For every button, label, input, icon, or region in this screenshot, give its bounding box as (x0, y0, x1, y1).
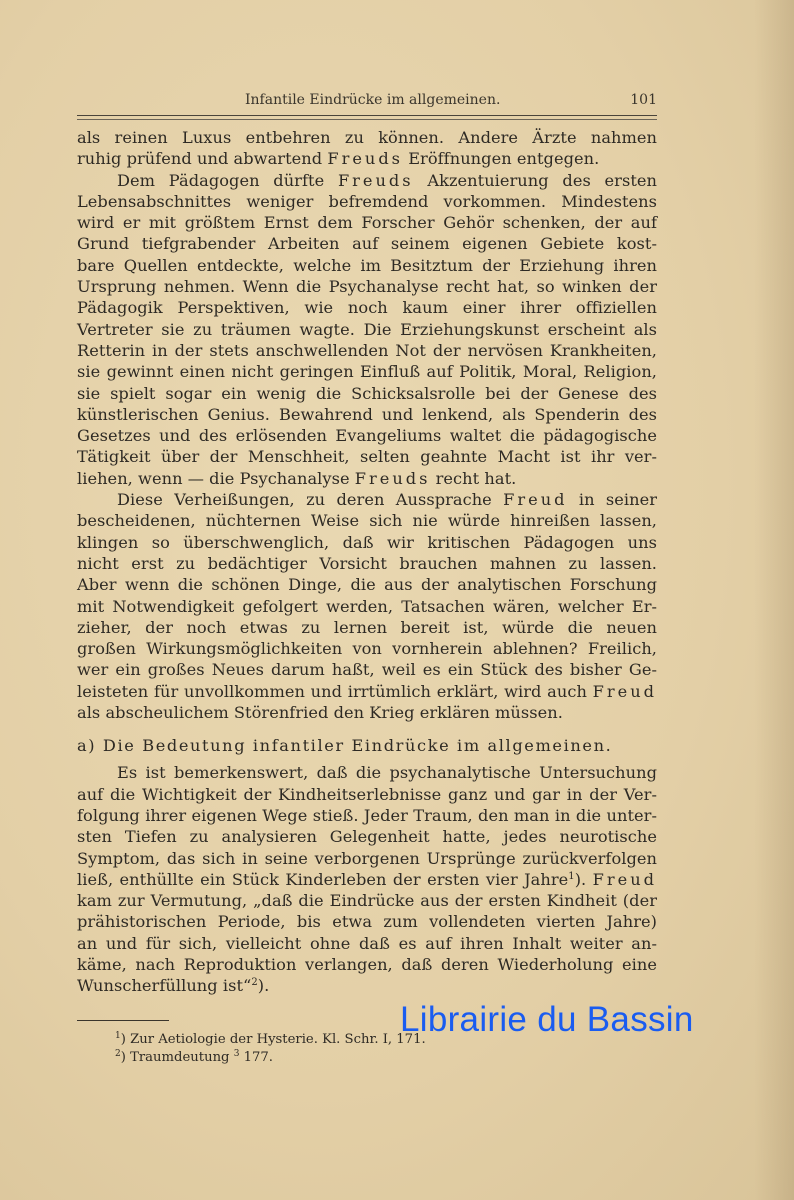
footnote-1: 1) Zur Aetiologie der Hysterie. Kl. Schr… (115, 1031, 426, 1049)
text-line: Vertreter sie zu träumen wagte. Die Erzi… (77, 319, 657, 340)
section-paragraph: Es ist bemerkenswert, daß die psychanaly… (77, 762, 657, 996)
text-line: folgung ihrer eigenen Wege stieß. Jeder … (77, 805, 657, 826)
text-line: wird er mit größtem Ernst dem Forscher G… (77, 212, 657, 233)
text-line: klingen so überschwenglich, daß wir krit… (77, 532, 657, 553)
text-line: Retterin in der stets anschwellenden Not… (77, 340, 657, 361)
text-line: Grund tiefgrabender Arbeiten auf seinem … (77, 233, 657, 254)
text-line: Lebensabschnittes weniger befremdend vor… (77, 191, 657, 212)
header-double-rule (77, 115, 657, 120)
paragraph-3: Diese Verheißungen, zu deren Aussprache … (77, 489, 657, 723)
text-line: sie gewinnt einen nicht geringen Einfluß… (77, 361, 657, 382)
spaced-emphasis: Freud (593, 870, 657, 889)
footnote-2-page: 177. (239, 1050, 273, 1065)
text-line: bare Quellen entdeckte, welche im Besitz… (77, 255, 657, 276)
text-line: sie spielt sogar ein wenig die Schicksal… (77, 383, 657, 404)
text-line: nicht erst zu bedächtiger Vorsicht brauc… (77, 553, 657, 574)
footnote-rule (77, 1020, 169, 1021)
running-head-title: Infantile Eindrücke im allgemeinen. (245, 92, 500, 108)
text-line: Diese Verheißungen, zu deren Aussprache … (77, 489, 657, 510)
footnote-ref: 1 (568, 871, 574, 882)
text-line: als abscheulichem Störenfried den Krieg … (77, 702, 657, 723)
text-line: mit Notwendigkeit gefolgert werden, Tats… (77, 596, 657, 617)
text-line: Pädagogik Perspektiven, wie noch kaum ei… (77, 297, 657, 318)
running-head: Infantile Eindrücke im allgemeinen. 101 (77, 92, 657, 112)
spaced-emphasis: Freud (503, 490, 567, 509)
text-line: Aber wenn die schönen Dinge, die aus der… (77, 574, 657, 595)
footnotes: 1) Zur Aetiologie der Hysterie. Kl. Schr… (115, 1031, 426, 1067)
text-line: Tätigkeit über der Menschheit, selten ge… (77, 446, 657, 467)
text-line: auf die Wichtigkeit der Kindheitserlebni… (77, 784, 657, 805)
page-edge-shadow (754, 0, 794, 1200)
text-line: prähistorischen Periode, bis etwa zum vo… (77, 911, 657, 932)
text-line: Wunscherfüllung ist“2). (77, 975, 657, 996)
section-heading: a) Die Bedeutung infantiler Eindrücke im… (77, 735, 657, 756)
text-line: Symptom, das sich in seine verborgenen U… (77, 848, 657, 869)
spaced-emphasis: Freuds (355, 469, 431, 488)
paragraph-1: als reinen Luxus entbehren zu können. An… (77, 127, 657, 170)
footnote-ref: 2 (251, 977, 257, 988)
spaced-emphasis: Freuds (327, 149, 403, 168)
footnote-1-text: ) Zur Aetiologie der Hysterie. Kl. Schr.… (121, 1032, 426, 1047)
text-line: leisteten für unvollkommen und irrtümlic… (77, 681, 657, 702)
text-line: als reinen Luxus entbehren zu können. An… (77, 127, 657, 148)
text-line: wer ein großes Neues darum haßt, weil es… (77, 659, 657, 680)
text-line: kam zur Vermutung, „daß die Eindrücke au… (77, 890, 657, 911)
text-line: großen Wirkungsmöglichkeiten von vornher… (77, 638, 657, 659)
text-line: käme, nach Reproduktion verlangen, daß d… (77, 954, 657, 975)
page-number: 101 (630, 92, 657, 108)
text-line: Gesetzes und des erlösenden Evangeliums … (77, 425, 657, 446)
text-line: bescheidenen, nüchternen Weise sich nie … (77, 510, 657, 531)
text-line: Es ist bemerkenswert, daß die psychanaly… (77, 762, 657, 783)
footnote-2-text: ) Traumdeutung (121, 1050, 234, 1065)
text-line: liehen, wenn — die Psychanalyse Freuds r… (77, 468, 657, 489)
text-line: ruhig prüfend und abwartend Freuds Eröff… (77, 148, 657, 169)
text-line: künstlerischen Genius. Bewahrend und len… (77, 404, 657, 425)
text-line: an und für sich, vielleicht ohne daß es … (77, 933, 657, 954)
paragraph-2: Dem Pädagogen dürfte Freuds Akzentuierun… (77, 170, 657, 489)
spaced-emphasis: Freud (593, 682, 657, 701)
text-line: sten Tiefen zu analysieren Gelegenheit h… (77, 826, 657, 847)
text-line: ließ, enthüllte ein Stück Kinderleben de… (77, 869, 657, 890)
watermark-librairie-du-bassin: Librairie du Bassin (400, 1000, 694, 1040)
text-line: Ursprung nehmen. Wenn die Psychanalyse r… (77, 276, 657, 297)
body-text: als reinen Luxus entbehren zu können. An… (77, 127, 657, 997)
footnote-2: 2) Traumdeutung 3 177. (115, 1049, 426, 1067)
text-line: Dem Pädagogen dürfte Freuds Akzentuierun… (77, 170, 657, 191)
text-line: zieher, der noch etwas zu lernen bereit … (77, 617, 657, 638)
spaced-emphasis: Freuds (338, 171, 414, 190)
